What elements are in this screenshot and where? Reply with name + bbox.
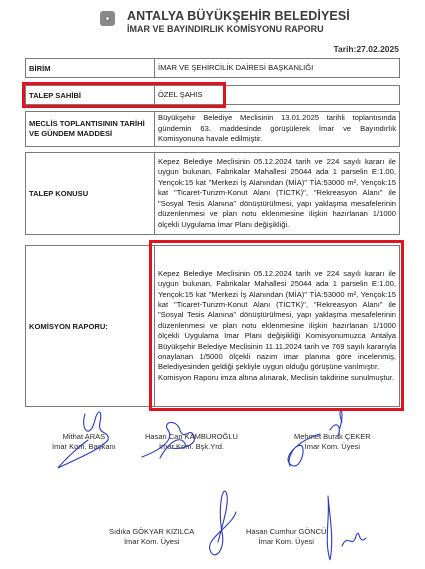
meclis-label: MECLİS TOPLANTISININ TARİHİ VE GÜNDEM MA… xyxy=(26,112,155,147)
birim-value: İMAR VE ŞEHİRCİLİK DAİRESİ BAŞKANLIĞI xyxy=(155,59,400,78)
birim-table: BİRİM İMAR VE ŞEHİRCİLİK DAİRESİ BAŞKANL… xyxy=(25,58,400,78)
signer-title: İmar Kom. Başkanı xyxy=(52,442,116,452)
meclis-table: MECLİS TOPLANTISININ TARİHİ VE GÜNDEM MA… xyxy=(25,111,400,147)
talep-konusu-table: TALEP KONUSU Kepez Belediye Meclisinin 0… xyxy=(25,152,400,235)
talep-sahibi-table: TALEP SAHİBİ ÖZEL ŞAHIS xyxy=(25,85,400,105)
signer-name: Sıdıka GÖKYAR KIZILCA xyxy=(109,527,194,537)
signature-block-4: Sıdıka GÖKYAR KIZILCA İmar Kom. Üyesi xyxy=(109,527,194,547)
document-header: ANTALYA BÜYÜKŞEHİR BELEDİYESİ İMAR VE BA… xyxy=(100,8,360,40)
header-subtitle: İMAR VE BAYINDIRLIK KOMİSYONU RAPORU xyxy=(127,24,324,34)
signer-name: Mithat ARAS xyxy=(52,432,116,442)
signer-title: İmar Kom. Bşk.Yrd. xyxy=(145,442,238,452)
komisyon-raporu-table: KOMİSYON RAPORU: Kepez Belediye Meclisin… xyxy=(25,245,400,407)
signer-title: İmar Kom. Üyesi xyxy=(294,442,371,452)
birim-label: BİRİM xyxy=(26,59,155,78)
handwritten-signatures-icon xyxy=(0,400,425,569)
signature-block-5: Hasan Cumhur GÖNCÜ İmar Kom. Üyesi xyxy=(246,527,326,547)
signer-name: Hasan Cumhur GÖNCÜ xyxy=(246,527,326,537)
komisyon-raporu-value: Kepez Belediye Meclisinin 05.12.2024 tar… xyxy=(155,246,400,407)
komisyon-raporu-paragraph-1: Kepez Belediye Meclisinin 05.12.2024 tar… xyxy=(158,269,396,373)
signer-name: Mehmet Burak ÇEKER xyxy=(294,432,371,442)
signature-block-1: Mithat ARAS İmar Kom. Başkanı xyxy=(52,432,116,452)
komisyon-raporu-paragraph-2: Komisyon Raporu imza altına alınarak, Me… xyxy=(158,373,396,383)
talep-konusu-label: TALEP KONUSU xyxy=(26,153,155,235)
signer-title: İmar Kom. Üyesi xyxy=(109,537,194,547)
antalya-municipality-logo-icon xyxy=(100,11,115,26)
komisyon-raporu-label: KOMİSYON RAPORU: xyxy=(26,246,155,407)
signer-title: İmar Kom. Üyesi xyxy=(246,537,326,547)
signature-block-3: Mehmet Burak ÇEKER İmar Kom. Üyesi xyxy=(294,432,371,452)
signer-name: Hasan Can KAMBUROĞLU xyxy=(145,432,238,442)
signature-block-2: Hasan Can KAMBUROĞLU İmar Kom. Bşk.Yrd. xyxy=(145,432,238,452)
meclis-value: Büyükşehir Belediye Meclisinin 13.01.202… xyxy=(155,112,400,147)
talep-sahibi-value: ÖZEL ŞAHIS xyxy=(155,86,400,105)
talep-konusu-value: Kepez Belediye Meclisinin 05.12.2024 tar… xyxy=(155,153,400,235)
report-date: Tarih:27.02.2025 xyxy=(333,44,399,54)
header-title: ANTALYA BÜYÜKŞEHİR BELEDİYESİ xyxy=(127,9,350,23)
talep-sahibi-label: TALEP SAHİBİ xyxy=(26,86,155,105)
